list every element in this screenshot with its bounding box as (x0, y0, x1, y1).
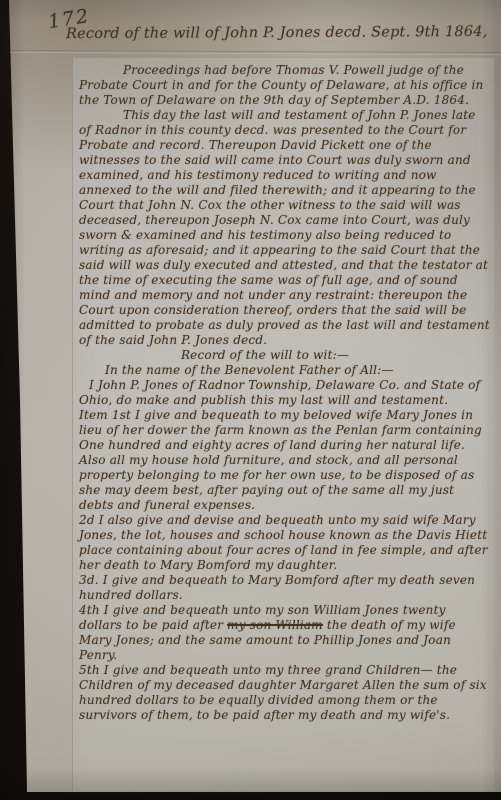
record-title: Record of the will of John P. Jones decd… (66, 24, 496, 42)
will-item-2: 2d I also give and devise and bequeath u… (79, 513, 491, 573)
will-item-4-struck-text: my son William (227, 618, 323, 632)
will-item-3: 3d. I give and bequeath to Mary Bomford … (79, 573, 491, 603)
will-declaration: I John P. Jones of Radnor Township, Dela… (79, 378, 491, 408)
will-item-1: Item 1st I give and bequeath to my belov… (79, 408, 491, 513)
ledger-photo: 172 Record of the will of John P. Jones … (0, 0, 501, 800)
will-item-4: 4th I give and bequeath unto my son Will… (79, 603, 491, 663)
proceedings-opening: Proceedings had before Thomas V. Powell … (79, 63, 491, 108)
will-item-5: 5th I give and bequeath unto my three gr… (79, 663, 491, 723)
will-subheading: Record of the will to wit:— (79, 348, 491, 363)
proceedings-probate: This day the last will and testament of … (79, 108, 491, 348)
will-invocation: In the name of the Benevolent Father of … (79, 363, 491, 378)
record-body: Proceedings had before Thomas V. Powell … (79, 63, 491, 723)
